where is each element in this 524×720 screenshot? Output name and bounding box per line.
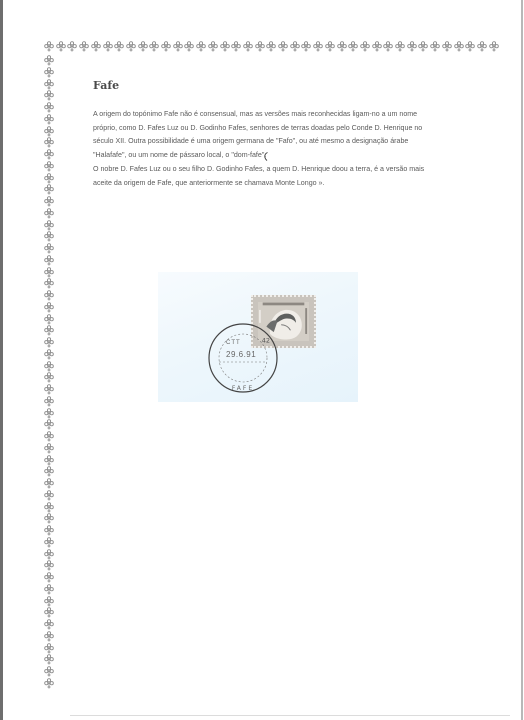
postmark-date: 29.6.91: [226, 350, 256, 359]
ornament-icon: [489, 41, 499, 53]
ornament-icon: [91, 41, 101, 53]
ornament-icon: [44, 302, 54, 314]
ornament-icon: [44, 408, 54, 420]
ornament-icon: [44, 161, 54, 173]
ornament-icon: [44, 231, 54, 243]
ornament-icon: [184, 41, 194, 53]
ornament-icon: [161, 41, 171, 53]
ornament-icon: [44, 560, 54, 572]
ornament-icon: [44, 643, 54, 655]
ornament-icon: [44, 349, 54, 361]
ornament-icon: [348, 41, 358, 53]
ornament-icon: [290, 41, 300, 53]
ornament-icon: [44, 137, 54, 149]
ornament-icon: [44, 549, 54, 561]
ornamental-border-top: [44, 41, 504, 55]
ornament-icon: [44, 443, 54, 455]
ornament-icon: [44, 607, 54, 619]
ornamental-border-left: [44, 55, 58, 690]
ornament-icon: [44, 102, 54, 114]
ornament-icon: [44, 79, 54, 91]
ornament-icon: [173, 41, 183, 53]
ornament-icon: [44, 196, 54, 208]
ornament-icon: [44, 666, 54, 678]
ornament-icon: [44, 525, 54, 537]
ornament-icon: [231, 41, 241, 53]
ornament-icon: [44, 243, 54, 255]
ornament-icon: [56, 41, 66, 53]
ornament-icon: [325, 41, 335, 53]
ornament-icon: [79, 41, 89, 53]
ornament-icon: [44, 678, 54, 690]
scan-edge-right: [521, 0, 523, 720]
ornament-icon: [44, 267, 54, 279]
ornament-icon: [430, 41, 440, 53]
ornament-icon: [44, 631, 54, 643]
ornament-icon: [138, 41, 148, 53]
ornament-icon: [44, 290, 54, 302]
ornament-icon: [208, 41, 218, 53]
ornament-icon: [395, 41, 405, 53]
ornament-icon: [44, 220, 54, 232]
ornament-icon: [44, 572, 54, 584]
ornament-icon: [278, 41, 288, 53]
ornament-icon: [44, 372, 54, 384]
ornament-icon: [255, 41, 265, 53]
ornament-icon: [44, 384, 54, 396]
ornament-icon: [44, 41, 54, 53]
ornament-icon: [44, 490, 54, 502]
ornament-icon: [44, 337, 54, 349]
scan-edge-bottom: [70, 715, 510, 716]
ornament-icon: [454, 41, 464, 53]
ornament-icon: [44, 584, 54, 596]
ornament-icon: [67, 41, 77, 53]
ornament-icon: [44, 596, 54, 608]
postmark: FAFE: [205, 320, 283, 398]
ornament-icon: [44, 455, 54, 467]
ornament-icon: [44, 654, 54, 666]
ornament-icon: [44, 90, 54, 102]
ornament-icon: [44, 126, 54, 138]
ornament-icon: [360, 41, 370, 53]
svg-text:FAFE: FAFE: [232, 385, 254, 392]
ornament-icon: [126, 41, 136, 53]
ornament-icon: [465, 41, 475, 53]
ornament-icon: [44, 208, 54, 220]
ornament-icon: [44, 431, 54, 443]
ornament-icon: [301, 41, 311, 53]
ornament-icon: [372, 41, 382, 53]
ornament-icon: [114, 41, 124, 53]
ornament-icon: [44, 396, 54, 408]
ornament-icon: [220, 41, 230, 53]
ornament-icon: [44, 419, 54, 431]
postmark-agency: CTT: [226, 340, 241, 346]
ornament-icon: [477, 41, 487, 53]
ornament-icon: [103, 41, 113, 53]
ornament-icon: [407, 41, 417, 53]
ornament-icon: [44, 114, 54, 126]
ornament-icon: [243, 41, 253, 53]
ornament-icon: [44, 502, 54, 514]
ornament-icon: [196, 41, 206, 53]
ornament-icon: [383, 41, 393, 53]
ornament-icon: [313, 41, 323, 53]
ornament-icon: [44, 325, 54, 337]
ornament-icon: [44, 255, 54, 267]
paragraph-noble: O nobre D. Fafes Luz ou o seu filho D. G…: [93, 163, 438, 190]
ornament-icon: [44, 361, 54, 373]
ornament-icon: [44, 513, 54, 525]
cursor-icon: [263, 146, 269, 155]
ornament-icon: [44, 619, 54, 631]
ornament-icon: [44, 55, 54, 67]
ornament-icon: [266, 41, 276, 53]
ornament-icon: [44, 149, 54, 161]
ornament-icon: [442, 41, 452, 53]
ornament-icon: [44, 537, 54, 549]
ornament-icon: [337, 41, 347, 53]
ornament-icon: [149, 41, 159, 53]
scan-edge-left: [0, 0, 3, 720]
ornament-icon: [44, 314, 54, 326]
ornament-icon: [44, 278, 54, 290]
ornament-icon: [44, 466, 54, 478]
ornament-icon: [44, 67, 54, 79]
ornament-icon: [44, 478, 54, 490]
ornament-icon: [418, 41, 428, 53]
ornament-icon: [44, 173, 54, 185]
ornament-icon: [44, 184, 54, 196]
page-title: Fafe: [93, 79, 119, 92]
